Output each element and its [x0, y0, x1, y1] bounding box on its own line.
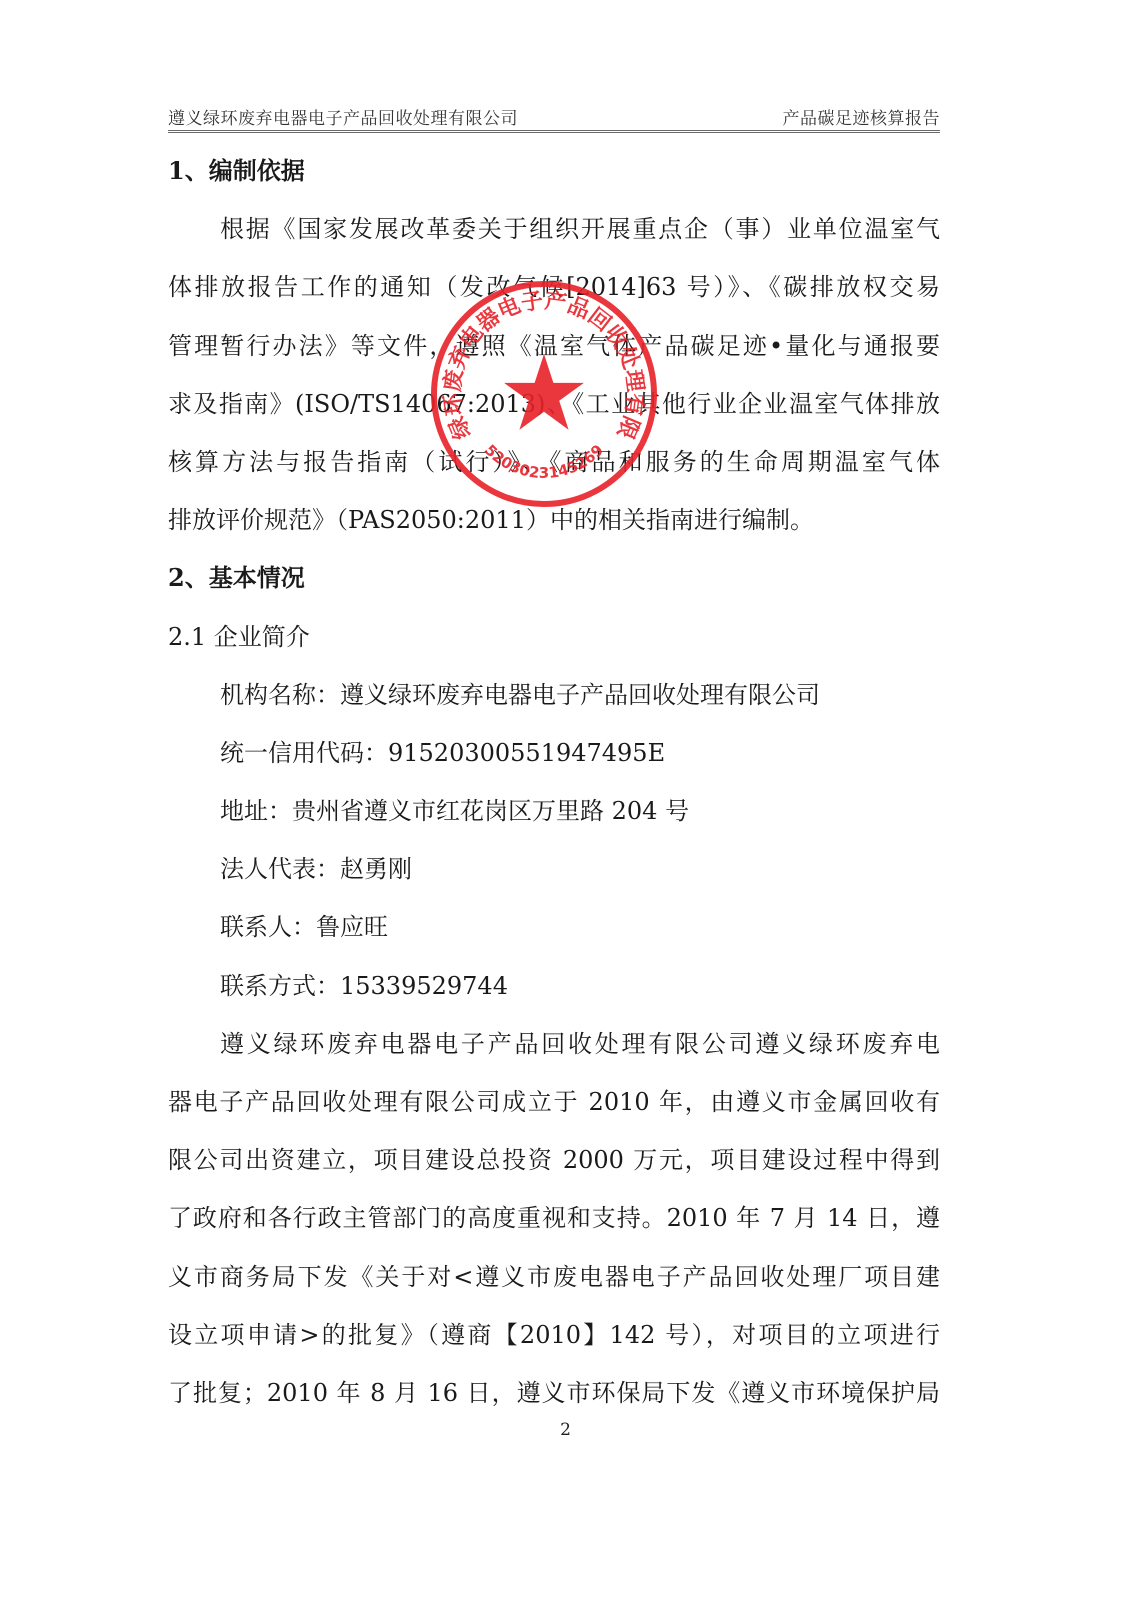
page-number: 2: [0, 1420, 1131, 1440]
info-contact-phone: 联系方式：15339529744: [168, 957, 940, 1015]
paragraph-line: 了批复；2010 年 8 月 16 日，遵义市环保局下发《遵义市环境保护局: [168, 1364, 940, 1422]
info-legal-representative: 法人代表：赵勇刚: [168, 840, 940, 898]
paragraph-line: 器电子产品回收处理有限公司成立于 2010 年，由遵义市金属回收有: [168, 1073, 940, 1131]
paragraph-line: 限公司出资建立，项目建设总投资 2000 万元，项目建设过程中得到: [168, 1131, 940, 1189]
info-credit-code: 统一信用代码：91520300551947495E: [168, 724, 940, 782]
header-company-name: 遵义绿环废弃电器电子产品回收处理有限公司: [168, 104, 518, 129]
info-address: 地址：贵州省遵义市红花岗区万里路 204 号: [168, 782, 940, 840]
paragraph-line: 遵义绿环废弃电器电子产品回收处理有限公司遵义绿环废弃电: [168, 1015, 940, 1073]
paragraph-line: 义市商务局下发《关于对<遵义市废电器电子产品回收处理厂项目建: [168, 1248, 940, 1306]
paragraph-line: 管理暂行办法》等文件，遵照《温室气体产品碳足迹•量化与通报要: [168, 317, 940, 375]
section-heading-1: 1、编制依据: [168, 142, 940, 200]
paragraph-line: 根据《国家发展改革委关于组织开展重点企（事）业单位温室气: [168, 200, 940, 258]
paragraph-line: 排放评价规范》（PAS2050:2011）中的相关指南进行编制。: [168, 491, 940, 549]
subsection-heading: 2.1 企业简介: [168, 608, 940, 666]
paragraph-line: 设立项申请>的批复》（遵商【2010】142 号），对项目的立项进行: [168, 1306, 940, 1364]
info-organization-name: 机构名称：遵义绿环废弃电器电子产品回收处理有限公司: [168, 666, 940, 724]
header-report-title: 产品碳足迹核算报告: [783, 104, 941, 129]
page-header: 遵义绿环废弃电器电子产品回收处理有限公司 产品碳足迹核算报告: [168, 100, 940, 133]
paragraph-line: 了政府和各行政主管部门的高度重视和支持。2010 年 7 月 14 日，遵: [168, 1189, 940, 1247]
document-body: 1、编制依据 根据《国家发展改革委关于组织开展重点企（事）业单位温室气 体排放报…: [168, 142, 940, 1422]
info-contact-person: 联系人：鲁应旺: [168, 898, 940, 956]
paragraph-line: 核算方法与报告指南（试行）》、《商品和服务的生命周期温室气体: [168, 433, 940, 491]
paragraph-line: 求及指南》(ISO/TS14067:2013)、《工业其他行业企业温室气体排放: [168, 375, 940, 433]
paragraph-line: 体排放报告工作的通知（发改气候[2014]63 号）》、《碳排放权交易: [168, 258, 940, 316]
section-heading-2: 2、基本情况: [168, 549, 940, 607]
document-page: 遵义绿环废弃电器电子产品回收处理有限公司 产品碳足迹核算报告 1、编制依据 根据…: [0, 0, 1131, 1600]
